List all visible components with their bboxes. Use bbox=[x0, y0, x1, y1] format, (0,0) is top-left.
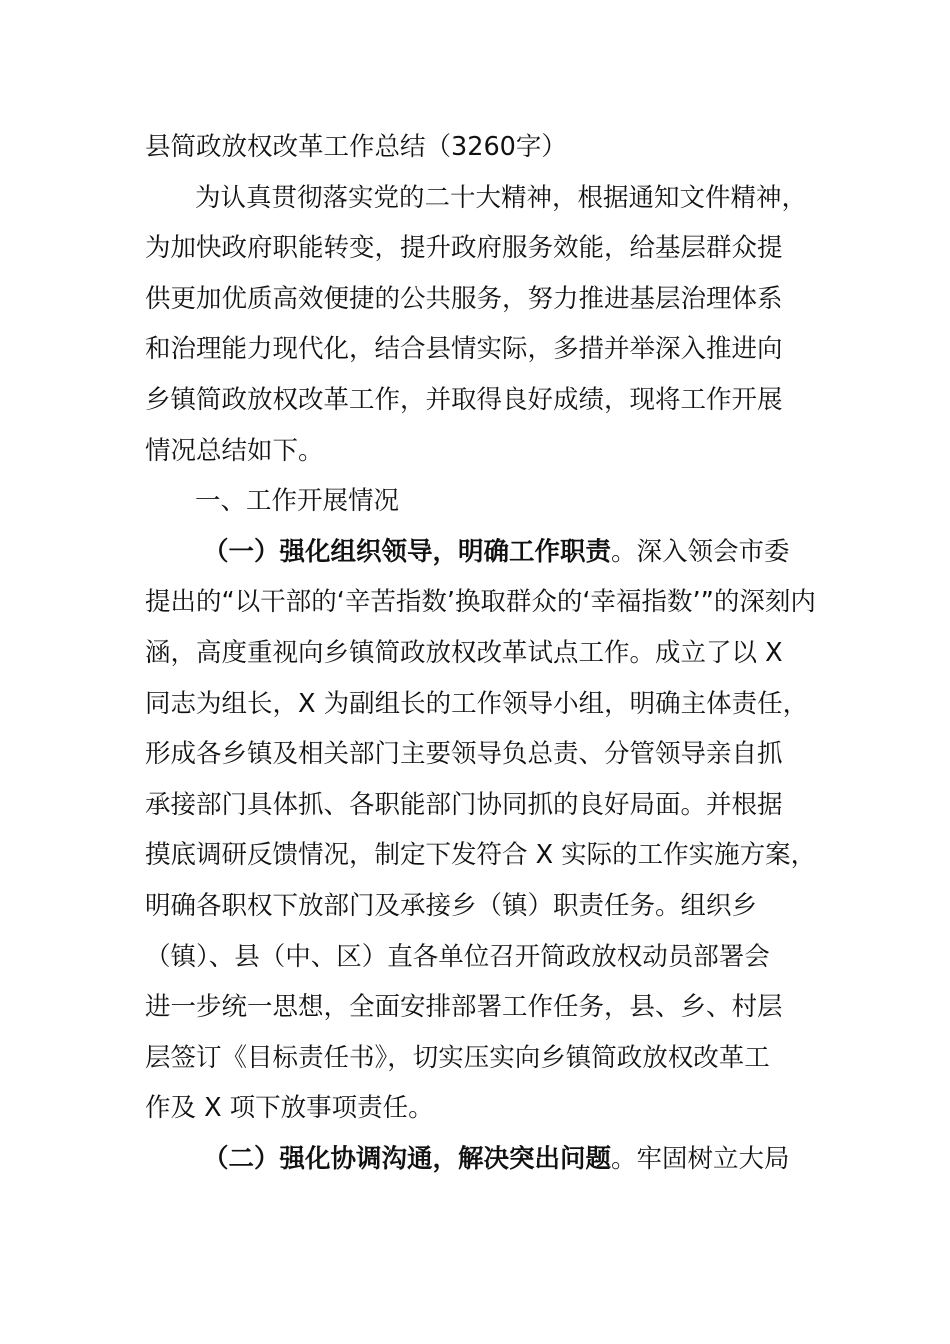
subsection-heading-line: （二）强化协调沟通，解决突出问题。牢固树立大局 bbox=[145, 1134, 835, 1185]
subsection-heading-tail: 。牢固树立大局 bbox=[611, 1144, 790, 1174]
paragraph-line: 和治理能力现代化，结合县情实际，多措并举深入推进向 bbox=[145, 324, 835, 375]
paragraph-line: 承接部门具体抓、各职能部门协同抓的良好局面。并根据 bbox=[145, 780, 835, 831]
paragraph-line: 乡镇简政放权改革工作，并取得良好成绩，现将工作开展 bbox=[145, 375, 835, 426]
document-title: 县简政放权改革工作总结（3260字） bbox=[145, 122, 835, 173]
paragraph-line: 涵，高度重视向乡镇简政放权改革试点工作。成立了以 X bbox=[145, 628, 835, 679]
paragraph-line: 情况总结如下。 bbox=[145, 426, 835, 477]
subsection-heading: （一）强化组织领导，明确工作职责 bbox=[203, 537, 611, 567]
paragraph-line: 层签订《目标责任书》，切实压实向乡镇简政放权改革工 bbox=[145, 1033, 835, 1084]
paragraph-line: （镇）、县（中、区）直各单位召开简政放权动员部署会 bbox=[145, 932, 835, 983]
paragraph-line: 进一步统一思想，全面安排部署工作任务，县、乡、村层 bbox=[145, 982, 835, 1033]
paragraph-line: 明确各职权下放部门及承接乡（镇）职责任务。组织乡 bbox=[145, 881, 835, 932]
subsection-heading-line: （一）强化组织领导，明确工作职责。深入领会市委 bbox=[145, 527, 835, 578]
section-heading: 一、工作开展情况 bbox=[145, 476, 835, 527]
document-page: 县简政放权改革工作总结（3260字） 为认真贯彻落实党的二十大精神，根据通知文件… bbox=[0, 0, 950, 1344]
paragraph-line: 为加快政府职能转变，提升政府服务效能，给基层群众提 bbox=[145, 223, 835, 274]
paragraph-line: 形成各乡镇及相关部门主要领导负总责、分管领导亲自抓 bbox=[145, 729, 835, 780]
paragraph-line: 同志为组长，X 为副组长的工作领导小组，明确主体责任， bbox=[145, 679, 835, 730]
paragraph-line: 为认真贯彻落实党的二十大精神，根据通知文件精神， bbox=[145, 173, 835, 224]
paragraph-line: 摸底调研反馈情况，制定下发符合 X 实际的工作实施方案， bbox=[145, 830, 835, 881]
subsection-heading-tail: 。深入领会市委 bbox=[611, 537, 790, 567]
paragraph-line: 供更加优质高效便捷的公共服务，努力推进基层治理体系 bbox=[145, 274, 835, 325]
paragraph-line: 作及 X 项下放事项责任。 bbox=[145, 1083, 835, 1134]
subsection-heading: （二）强化协调沟通，解决突出问题 bbox=[203, 1144, 611, 1174]
document-body: 县简政放权改革工作总结（3260字） 为认真贯彻落实党的二十大精神，根据通知文件… bbox=[145, 122, 835, 1184]
paragraph-line: 提出的“以干部的‘辛苦指数’换取群众的‘幸福指数’”的深刻内 bbox=[145, 577, 835, 628]
